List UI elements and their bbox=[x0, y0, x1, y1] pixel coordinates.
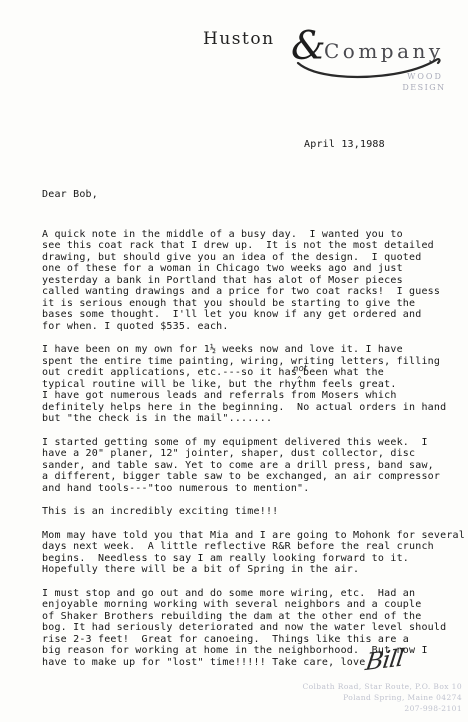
paragraph-5: Mom may have told you that Mia and I are… bbox=[42, 530, 458, 576]
paragraph-4: This is an incredibly exciting time!!! bbox=[42, 506, 458, 518]
handwritten-signature: Bill bbox=[364, 644, 405, 676]
footer-phone: 207-998-2101 bbox=[302, 703, 462, 714]
footer-address-block: Colbath Road, Star Route, P.O. Box 10 Po… bbox=[302, 681, 462, 714]
letterhead-huston-text: Huston bbox=[203, 29, 275, 49]
footer-address-line1: Colbath Road, Star Route, P.O. Box 10 bbox=[302, 681, 462, 692]
letterhead-logo: Huston & Company WOOD DESIGN bbox=[0, 0, 468, 110]
insertion-word-not: not bbox=[293, 365, 308, 374]
letter-page: Huston & Company WOOD DESIGN April 13,19… bbox=[0, 0, 468, 722]
letter-body: Dear Bob, A quick note in the middle of … bbox=[42, 189, 458, 680]
letterhead-tagline-wood: WOOD bbox=[401, 72, 449, 81]
paragraph-3: I started getting some of my equipment d… bbox=[42, 437, 458, 495]
insertion-caret-mark: ^ bbox=[297, 376, 302, 384]
footer-address-line2: Poland Spring, Maine 04274 bbox=[302, 692, 462, 703]
paragraph-2: I have been on my own for 1½ weeks now a… bbox=[42, 344, 458, 425]
paragraph-1: A quick note in the middle of a busy day… bbox=[42, 229, 458, 333]
letter-date: April 13,1988 bbox=[304, 139, 385, 150]
salutation: Dear Bob, bbox=[42, 189, 458, 201]
letterhead-tagline-design: DESIGN bbox=[394, 83, 454, 92]
handwritten-insertion: ^not bbox=[297, 374, 303, 375]
